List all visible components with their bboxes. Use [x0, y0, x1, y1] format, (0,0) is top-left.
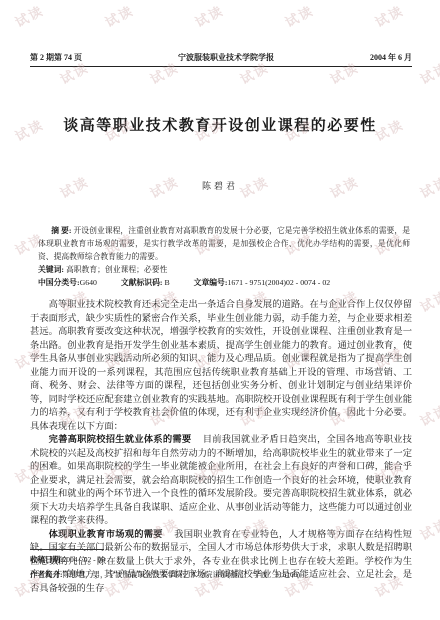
article-meta: 摘 要: 开设创业课程，注重创业教育对高职教育的发展十分必要，它是完善学校招生就…: [38, 224, 410, 289]
abstract-label: 摘 要:: [51, 226, 71, 235]
paragraph-text: 目前我国就业矛盾日趋突出，全国各地高等职业技术院校的兴起及高校扩招和每年自然劳动…: [30, 435, 412, 526]
watermark-text: 试读: [101, 0, 136, 31]
watermark-text: 试读: [416, 513, 440, 544]
paragraph-lead: 完善高职院校招生就业体系的需要: [49, 435, 192, 445]
header-issue-page: 第 2 期第 74 页: [30, 52, 82, 63]
watermark-text: 试读: [281, 0, 316, 31]
abstract-text: 开设创业课程，注重创业教育对高职教育的发展十分必要，它是完善学校招生就业体系的需…: [38, 226, 410, 261]
abstract: 摘 要: 开设创业课程，注重创业教育对高职教育的发展十分必要，它是完善学校招生就…: [38, 224, 410, 263]
header-date: 2004 年 6 月: [370, 52, 412, 63]
received-label: 收稿日期:: [30, 555, 63, 564]
article-title: 谈高等职业技术教育开设创业课程的必要性: [0, 114, 440, 135]
watermark-text: 试读: [416, 399, 440, 430]
journal-paper-page: 第 2 期第 74 页 宁波服装职业技术学院学报 2004 年 6 月 谈高等职…: [0, 0, 440, 620]
header-journal-name: 宁波服装职业技术学院学报: [178, 52, 274, 63]
paragraph: 高等职业技术院校教育还未完全走出一条适合自身发展的道路。在与企业合作上仅仅停留于…: [30, 299, 412, 434]
paragraph-lead: 体现职业教育市场观的需要: [49, 530, 163, 540]
paragraph-text: 高等职业技术院校教育还未完全走出一条适合自身发展的道路。在与企业合作上仅仅停留于…: [30, 300, 412, 432]
classification-line: 中国分类号:G640文献标识码: B文章编号:1671 - 9751(2004)…: [38, 276, 410, 289]
keywords: 关键词: 高职教育；创业课程；必要性: [38, 263, 410, 276]
watermark-text: 试读: [416, 57, 440, 88]
keywords-label: 关键词:: [38, 265, 64, 274]
article-author: 陈碧君: [0, 179, 440, 192]
received-value: 2004 - 02 - 06: [63, 555, 106, 564]
watermark-text: 试读: [416, 285, 440, 316]
bio-label: 作者简介:: [30, 570, 63, 579]
paragraph: 完善高职院校招生就业体系的需要目前我国就业矛盾日趋突出，全国各地高等职业技术院校…: [30, 434, 412, 529]
watermark-text: 试读: [191, 0, 226, 31]
clc-value: G640: [80, 278, 97, 287]
article-id-label: 文章编号:: [194, 278, 228, 287]
page-header: 第 2 期第 74 页 宁波服装职业技术学院学报 2004 年 6 月: [30, 52, 412, 63]
header-divider: [30, 66, 412, 67]
author-bio-line: 作者简介:陈碧君，男，宁波服装职业技术学院艺术分院讲师(浙江 宁波 315100…: [30, 568, 410, 583]
doc-code-value: B: [164, 278, 169, 287]
article-id-value: 1671 - 9751(2004)02 - 0074 - 02: [227, 278, 330, 287]
bio-value: 陈碧君，男，宁波服装职业技术学院艺术分院讲师(浙江 宁波 315100): [63, 570, 301, 579]
clc-label: 中国分类号:: [38, 278, 80, 287]
watermark-text: 试读: [371, 0, 406, 31]
footnote-divider: [30, 549, 104, 550]
received-date-line: 收稿日期:2004 - 02 - 06: [30, 553, 410, 568]
watermark-text: 试读: [11, 0, 46, 31]
page-footnote: 收稿日期:2004 - 02 - 06 作者简介:陈碧君，男，宁波服装职业技术学…: [30, 549, 410, 582]
doc-code-label: 文献标识码:: [121, 278, 163, 287]
keywords-text: 高职教育；创业课程；必要性: [66, 265, 167, 274]
